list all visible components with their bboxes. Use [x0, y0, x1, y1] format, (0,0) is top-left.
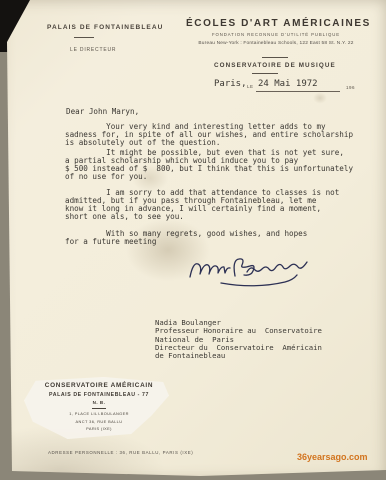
stamp-address-1: 1, PLACE LILI-BOULANGER	[24, 411, 174, 416]
letterhead-rule	[262, 57, 288, 58]
stamp-nb: N. B.	[24, 400, 174, 405]
stamp-rule	[92, 408, 106, 409]
letterhead-bureau-address: Bureau New-York : Fontainebleau Schools,…	[186, 41, 366, 46]
signature-ink-strokes	[183, 250, 311, 292]
dateline-date: 24 Mai 1972	[258, 79, 318, 89]
conservatoire-stamp: CONSERVATOIRE AMÉRICAIN PALAIS DE FONTAI…	[24, 382, 174, 431]
letter-paper: PALAIS DE FONTAINEBLEAU LE DIRECTEUR ÉCO…	[0, 0, 386, 480]
dateline-printed-year: 196	[346, 85, 355, 90]
stamp-address-line: PALAIS DE FONTAINEBLEAU - 77	[24, 392, 174, 398]
letterhead-rule	[252, 73, 278, 74]
paragraph-1: Your very kind and interesting letter ad…	[65, 123, 371, 147]
salutation: Dear John Maryn,	[66, 107, 139, 116]
letterhead-department: CONSERVATOIRE DE MUSIQUE	[214, 62, 336, 69]
letterhead-role: LE DIRECTEUR	[70, 47, 116, 53]
dateline-city: Paris,	[214, 79, 247, 89]
letterhead-title: ÉCOLES D'ART AMÉRICAINES	[186, 18, 366, 29]
paragraph-4-closing: With so many regrets, good wishes, and h…	[65, 230, 371, 246]
dateline-printed-le: LE	[247, 84, 254, 89]
stamp-address-2: ANCT 36, RUE BALLU	[24, 419, 174, 424]
paragraph-3: I am sorry to add that attendance to cla…	[65, 189, 371, 222]
watermark-36yearsago: 36yearsago.com	[297, 452, 368, 462]
signer-title-block: Nadia Boulanger Professeur Honoraire au …	[155, 319, 322, 360]
letterhead-right: ÉCOLES D'ART AMÉRICAINES FONDATION RECON…	[186, 18, 366, 46]
letterhead-institution: PALAIS DE FONTAINEBLEAU	[47, 24, 163, 31]
letterhead-subtitle: FONDATION RECONNUE D'UTILITÉ PUBLIQUE	[186, 32, 366, 37]
letterhead-rule	[74, 37, 94, 38]
signature-nadia-boulanger	[183, 250, 311, 297]
stamp-institution: CONSERVATOIRE AMÉRICAIN	[24, 382, 174, 389]
dateline-underline	[256, 91, 340, 92]
personal-address-footer: ADRESSE PERSONNELLE : 36, RUE BALLU, PAR…	[48, 450, 193, 455]
stamp-address-3: PARIS (IXE)	[24, 426, 174, 431]
paragraph-2: It might be possible, but even that is n…	[65, 149, 371, 182]
